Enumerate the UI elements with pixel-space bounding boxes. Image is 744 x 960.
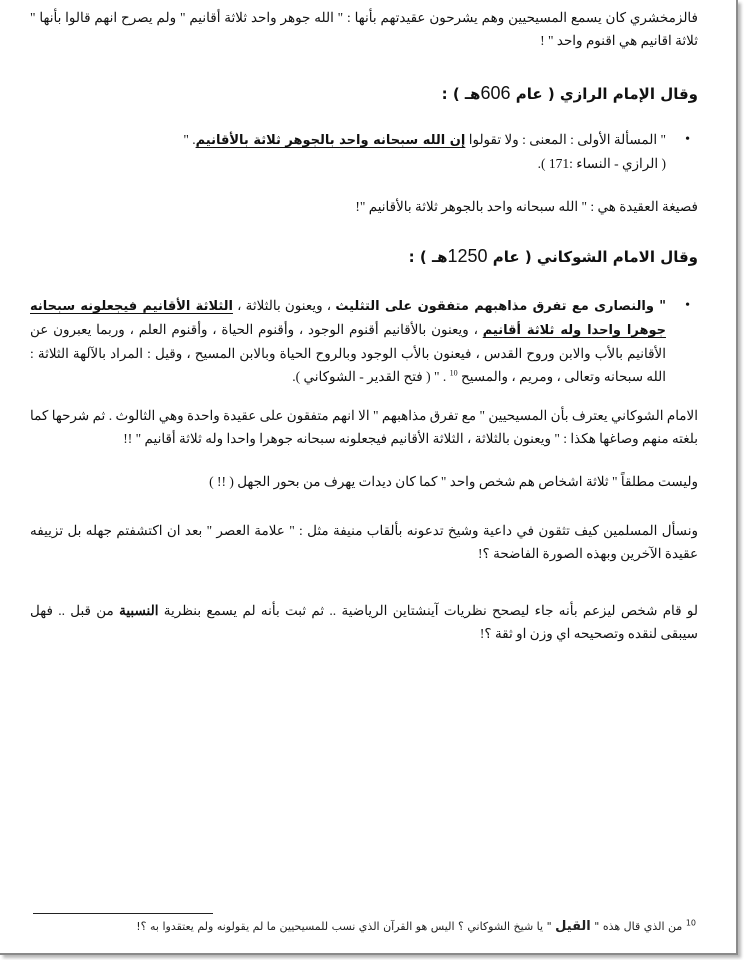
bullet-quote-shawkani: • " والنصارى مع تفرق مذاهبهم متفقون على … (30, 294, 666, 388)
section-heading-razi: وقال الإمام الرازي ( عام 606هـ ) : (30, 82, 698, 105)
bullet-quote-razi: • " المسألة الأولى : المعنى : ولا تقولوا… (30, 128, 666, 175)
footnote-separator (33, 913, 213, 914)
footnote-number: 10 (686, 918, 696, 927)
not-absolute-paragraph: وليست مطلقاً " ثلاثة اشخاص هم شخص واحد "… (30, 470, 698, 493)
footnote-reference[interactable]: 10 (450, 369, 458, 378)
heading-year: 1250 (447, 246, 487, 266)
bullet-icon: • (685, 294, 690, 317)
section-heading-shawkani: وقال الامام الشوكاني ( عام 1250هـ ) : (30, 245, 698, 268)
intro-paragraph: فالزمخشري كان يسمع المسيحيين وهم يشرحون … (30, 6, 698, 52)
bullet-icon: • (685, 128, 690, 151)
emphasized-quote: إن الله سبحانه واحد بالجوهر ثلاثة بالأقا… (196, 133, 466, 148)
question-paragraph: ونسأل المسلمين كيف تثقون في داعية وشيخ ت… (30, 519, 698, 565)
heading-year: 606 (480, 83, 510, 103)
einstein-paragraph: لو قام شخص ليزعم بأنه جاء ليصحح نظريات آ… (30, 599, 698, 645)
acknowledge-paragraph: الامام الشوكاني يعترف بأن المسيحيين " مع… (30, 404, 698, 450)
footnote: 10 من الذي قال هذه " القيل " يا شيخ الشو… (136, 918, 696, 936)
citation: . " ( فتح القدير - الشوكاني ). (292, 369, 449, 384)
razi-summary-paragraph: فصيغة العقيدة هي : " الله سبحانه واحد با… (30, 195, 698, 218)
citation: ( الرازي - النساء :171 ). (538, 156, 666, 171)
document-page: فالزمخشري كان يسمع المسيحيين وهم يشرحون … (0, 0, 738, 955)
